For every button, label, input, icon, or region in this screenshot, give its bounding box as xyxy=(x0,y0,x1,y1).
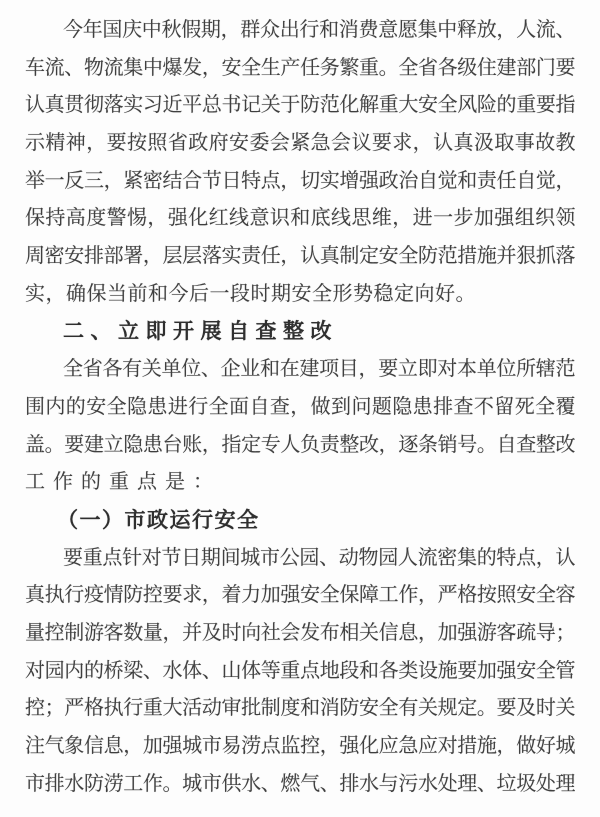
paragraph-line: 量控制游客数量，并及时向社会发布相关信息，加强游客疏导； xyxy=(25,614,575,652)
paragraph-line: 认真贯彻落实习近平总书记关于防范化解重大安全风险的重要指 xyxy=(25,86,575,124)
paragraph-line: 盖。要建立隐患台账，指定专人负责整改，逐条销号。自查整改 xyxy=(25,426,575,464)
paragraph-line: 注气象信息，加强城市易涝点监控，强化应急应对措施，做好城 xyxy=(25,727,575,765)
paragraph-line: 全省各有关单位、企业和在建项目，要立即对本单位所辖范 xyxy=(25,350,575,388)
document-body: 今年国庆中秋假期，群众出行和消费意愿集中释放，人流、 车流、物流集中爆发，安全生… xyxy=(0,0,600,802)
paragraph-line: 周密安排部署，层层落实责任，认真制定安全防范措施并狠抓落 xyxy=(25,237,575,275)
paragraph-line: 实，确保当前和今后一段时期安全形势稳定向好。 xyxy=(25,275,575,313)
document-page: 今年国庆中秋假期，群众出行和消费意愿集中释放，人流、 车流、物流集中爆发，安全生… xyxy=(0,0,600,817)
paragraph-line: 工作的重点是： xyxy=(25,463,575,501)
paragraph-line: 示精神，要按照省政府安委会紧急会议要求，认真汲取事故教训， xyxy=(25,124,575,162)
paragraph-line: 真执行疫情防控要求，着力加强安全保障工作，严格按照安全容 xyxy=(25,576,575,614)
paragraph-line: 保持高度警惕，强化红线意识和底线思维，进一步加强组织领导， xyxy=(25,199,575,237)
paragraph-line: 举一反三，紧密结合节日特点，切实增强政治自觉和责任自觉， xyxy=(25,162,575,200)
paragraph-line: 控；严格执行重大活动审批制度和消防安全有关规定。要及时关 xyxy=(25,689,575,727)
subsection-heading-municipal-safety: （一）市政运行安全 xyxy=(25,501,575,539)
section-heading-self-inspection: 二、立即开展自查整改 xyxy=(25,313,575,351)
paragraph-line: 围内的安全隐患进行全面自查，做到问题隐患排查不留死全覆 xyxy=(25,388,575,426)
paragraph-line: 车流、物流集中爆发，安全生产任务繁重。全省各级住建部门要 xyxy=(25,49,575,87)
paragraph-line: 要重点针对节日期间城市公园、动物园人流密集的特点，认 xyxy=(25,539,575,577)
paragraph-line: 市排水防涝工作。城市供水、燃气、排水与污水处理、垃圾处理 xyxy=(25,765,575,803)
paragraph-line: 今年国庆中秋假期，群众出行和消费意愿集中释放，人流、 xyxy=(25,11,575,49)
paragraph-line: 对园内的桥梁、水体、山体等重点地段和各类设施要加强安全管 xyxy=(25,652,575,690)
